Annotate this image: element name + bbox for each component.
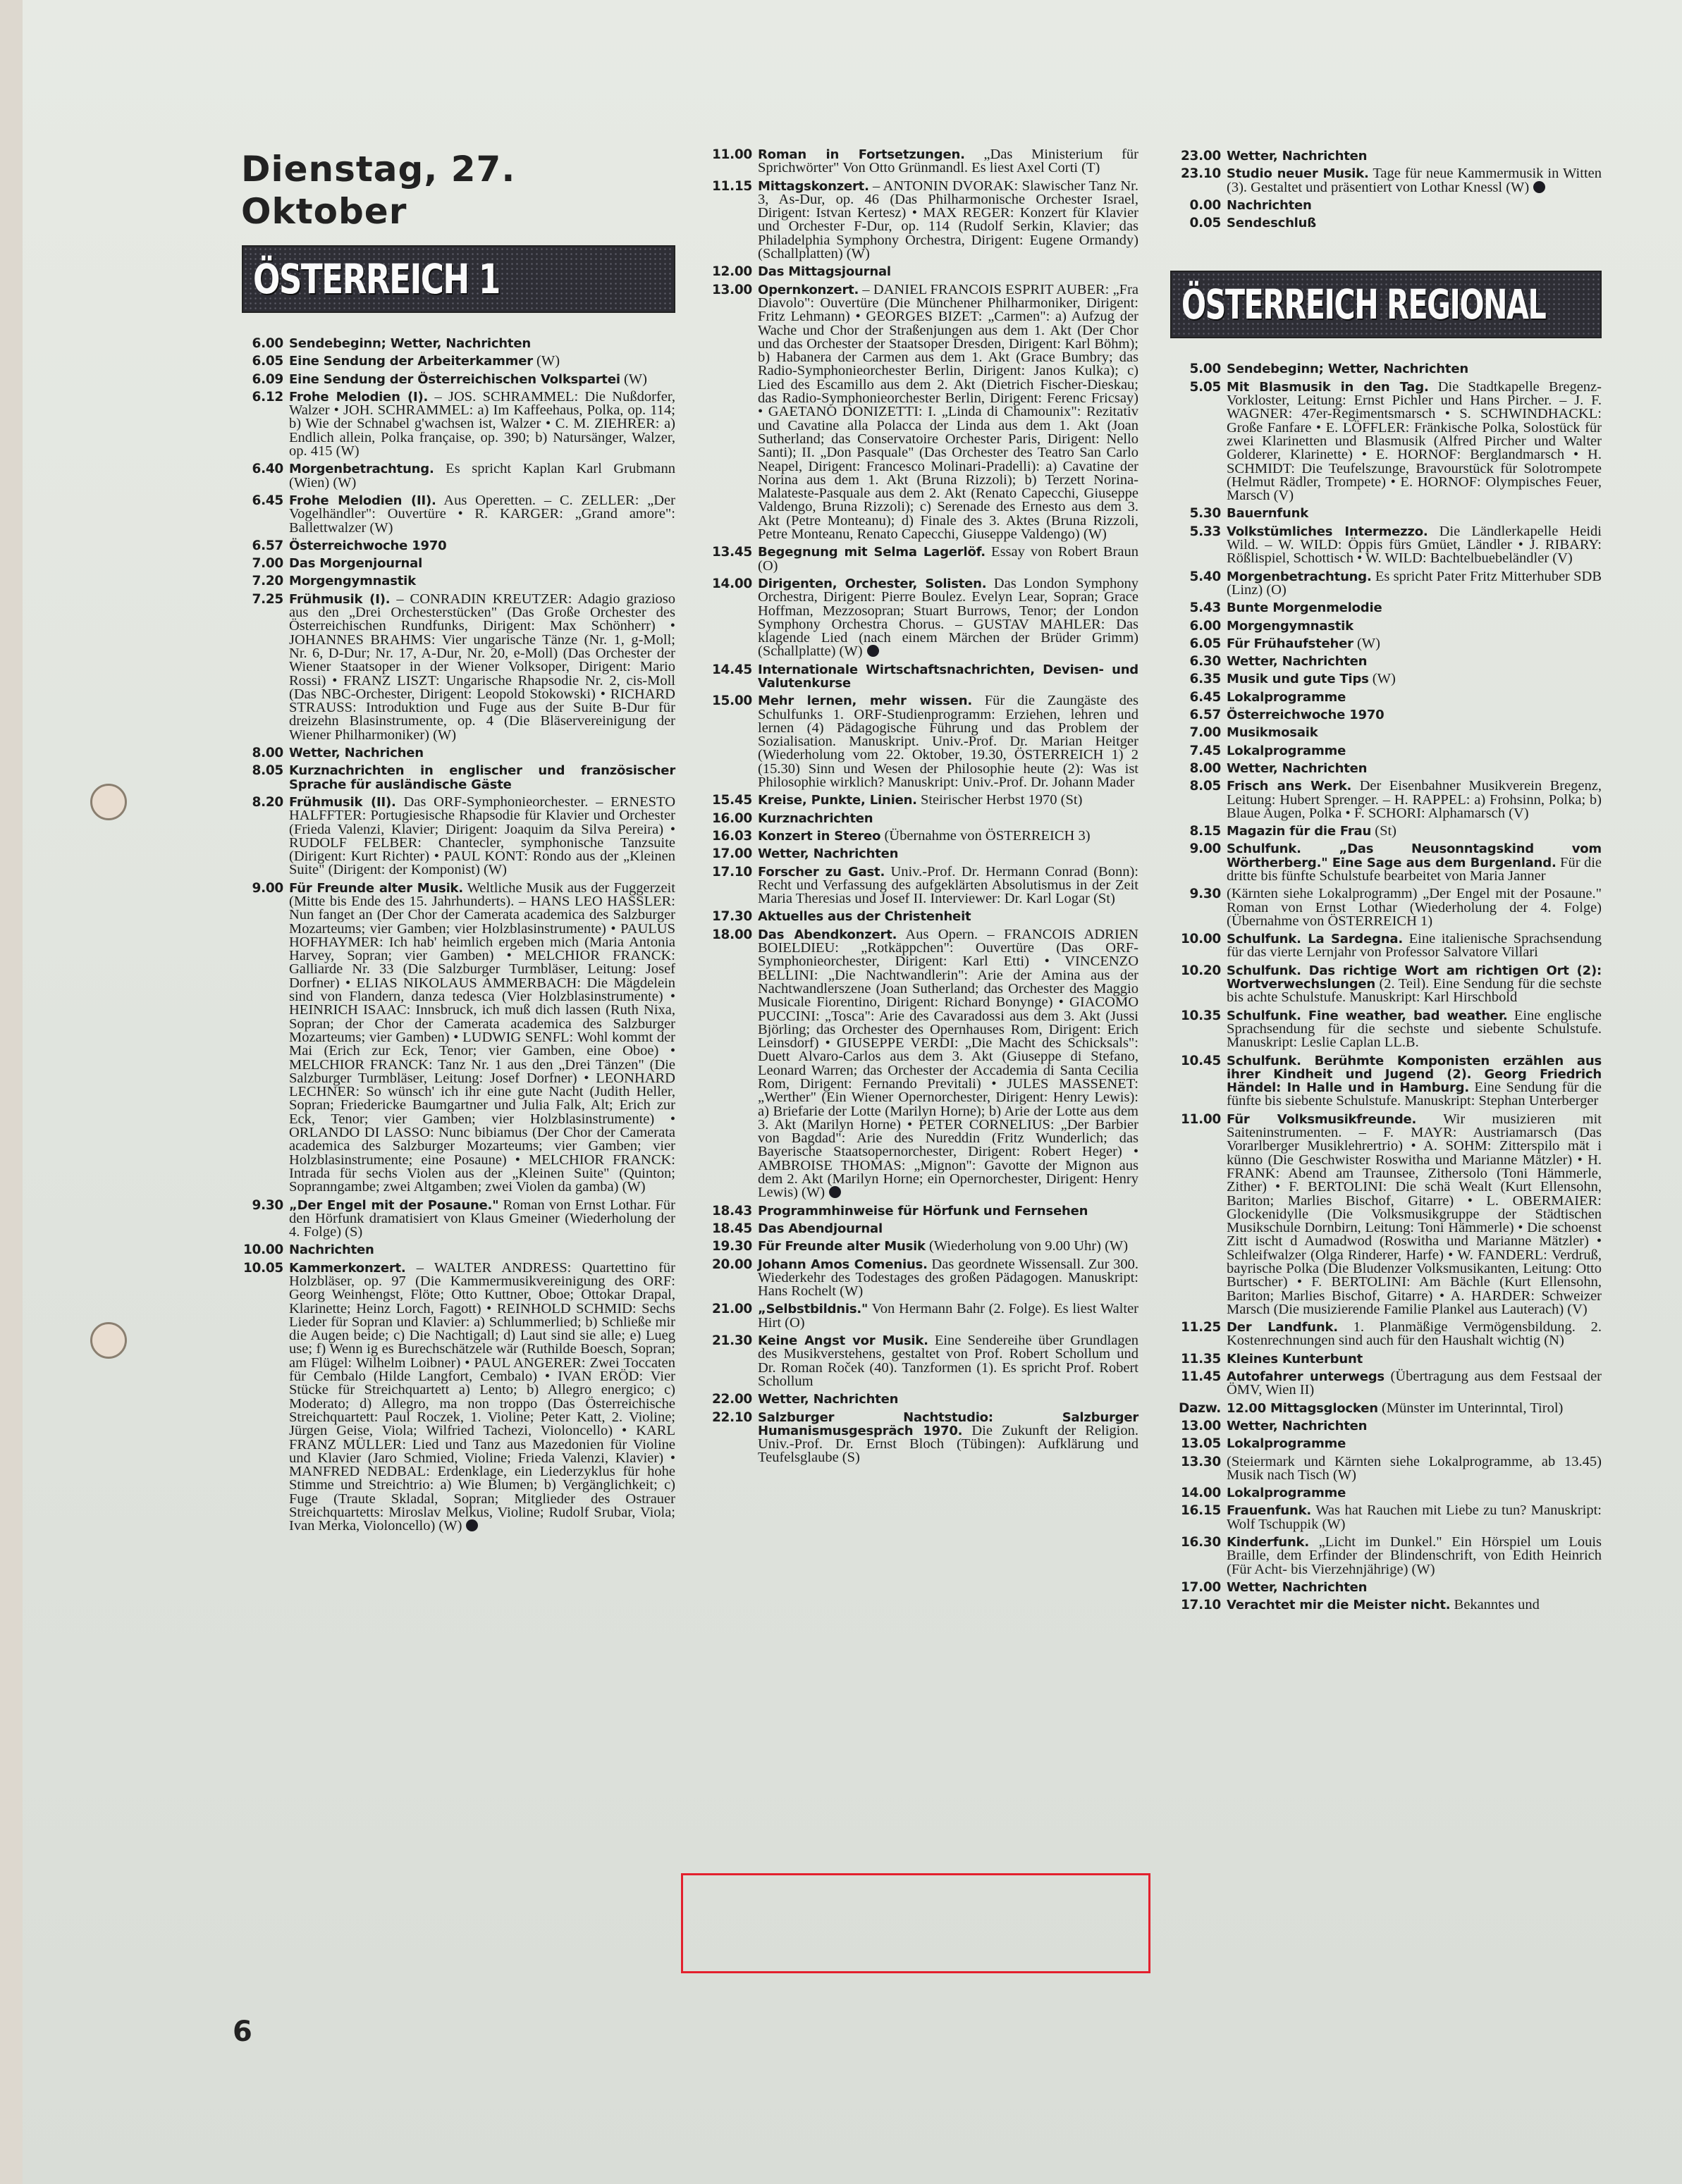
entry-time: 7.25 — [233, 593, 289, 742]
entry-time: 7.00 — [1170, 726, 1227, 739]
entry-time: 7.00 — [233, 557, 289, 570]
entry-time: 19.30 — [701, 1240, 758, 1253]
entry-description: Aktuelles aus der Christenheit — [758, 910, 1138, 923]
entry-title: Internationale Wirtschaftsnachrichten, D… — [758, 662, 1138, 691]
entry-title: Salzburger Nachtstudio: Salzburger Human… — [758, 1410, 1138, 1438]
entry-time: 14.00 — [1170, 1486, 1227, 1500]
entry-description: Kleines Kunterbunt — [1227, 1352, 1602, 1366]
entry-time: 5.33 — [1170, 525, 1227, 566]
schedule-entry: 8.15Magazin für die Frau (St) — [1170, 825, 1602, 838]
entry-title: Österreichwoche 1970 — [289, 538, 447, 553]
entry-description: Keine Angst vor Musik. Eine Sendereihe ü… — [758, 1334, 1138, 1388]
schedule-entry: 14.00Lokalprogramme — [1170, 1486, 1602, 1500]
entry-title: Roman in Fortsetzungen. — [758, 147, 965, 162]
entry-title: Frühmusik (I). — [289, 592, 390, 607]
schedule-list: 11.00Roman in Fortsetzungen. „Das Minist… — [701, 148, 1138, 1465]
entry-description: Johann Amos Comenius. Das geordnete Wiss… — [758, 1258, 1138, 1299]
schedule-entry: 6.30Wetter, Nachrichten — [1170, 655, 1602, 668]
entry-time: 13.05 — [1170, 1437, 1227, 1450]
entry-time: 6.09 — [233, 373, 289, 386]
schedule-entry: 17.10Verachtet mir die Meister nicht. Be… — [1170, 1598, 1602, 1612]
schedule-entry: 6.09Eine Sendung der Österreichischen Vo… — [233, 373, 675, 386]
entry-title: Schulfunk. Berühmte Komponisten erzählen… — [1227, 1054, 1602, 1096]
entry-time: 11.35 — [1170, 1352, 1227, 1366]
entry-title: Keine Angst vor Musik. — [758, 1333, 928, 1348]
punch-hole — [90, 784, 127, 820]
entry-description: Roman in Fortsetzungen. „Das Ministerium… — [758, 148, 1138, 175]
entry-title: Wetter, Nachrichten — [1227, 149, 1367, 164]
schedule-entry: 21.00„Selbstbildnis." Von Hermann Bahr (… — [701, 1302, 1138, 1330]
entry-time: 6.35 — [1170, 672, 1227, 686]
entry-description: Der Landfunk. 1. Planmäßige Vermögensbil… — [1227, 1321, 1602, 1348]
entry-description: Kurznachrichten — [758, 812, 1138, 825]
entry-title: Lokalprogramme — [1227, 1436, 1346, 1451]
entry-time: 6.05 — [233, 354, 289, 368]
entry-title: Mittagskonzert. — [758, 179, 869, 194]
entry-description: „Der Engel mit der Posaune." Roman von E… — [289, 1199, 675, 1240]
entry-description: Wetter, Nachrichten — [1227, 1419, 1602, 1433]
schedule-entry: Dazw.12.00 Mittagsglocken (Münster im Un… — [1170, 1402, 1602, 1415]
entry-title: Johann Amos Comenius. — [758, 1257, 928, 1272]
schedule-entry: 17.10Forscher zu Gast. Univ.-Prof. Dr. H… — [701, 865, 1138, 906]
entry-title: Lokalprogramme — [1227, 1486, 1346, 1500]
entry-time: 17.00 — [701, 847, 758, 860]
entry-description: Autofahrer unterwegs (Übertragung aus de… — [1227, 1370, 1602, 1398]
entry-title: Bunte Morgenmelodie — [1227, 600, 1382, 615]
schedule-entry: 12.00Das Mittagsjournal — [701, 265, 1138, 278]
entry-time: 17.30 — [701, 910, 758, 923]
entry-time: 9.00 — [233, 882, 289, 1195]
schedule-entry: 16.00Kurznachrichten — [701, 812, 1138, 825]
schedule-entry: 9.30(Kärnten siehe Lokalprogramm) „Der E… — [1170, 887, 1602, 928]
entry-title: Wetter, Nachrichen — [289, 746, 424, 760]
schedule-entry: 13.30(Steiermark und Kärnten siehe Lokal… — [1170, 1455, 1602, 1483]
entry-time: 18.43 — [701, 1204, 758, 1218]
entry-time: 18.45 — [701, 1222, 758, 1235]
station-title: ÖSTERREICH REGIONAL — [1181, 284, 1545, 325]
schedule-list: 5.00Sendebeginn; Wetter, Nachrichten5.05… — [1170, 362, 1602, 1612]
entry-time: 20.00 — [701, 1258, 758, 1299]
entry-description: Kurznachrichten in englischer und franzö… — [289, 764, 675, 791]
entry-title: Das Abendjournal — [758, 1221, 883, 1236]
entry-description: Das Abendkonzert. Aus Opern. – FRANCOIS … — [758, 928, 1138, 1200]
entry-time: 16.30 — [1170, 1536, 1227, 1577]
schedule-entry: 5.33Volkstümliches Intermezzo. Die Ländl… — [1170, 525, 1602, 566]
entry-time: 11.00 — [1170, 1113, 1227, 1316]
entry-title: Wetter, Nachrichten — [758, 1392, 898, 1407]
entry-description: Lokalprogramme — [1227, 691, 1602, 704]
schedule-entry: 14.45Internationale Wirtschaftsnachricht… — [701, 663, 1138, 691]
schedule-entry: 9.00Für Freunde alter Musik. Weltliche M… — [233, 882, 675, 1195]
entry-description: Bauernfunk — [1227, 507, 1602, 520]
entry-title: Schulfunk. Fine weather, bad weather. — [1227, 1008, 1508, 1023]
schedule-entry: 18.45Das Abendjournal — [701, 1222, 1138, 1235]
entry-description: Mehr lernen, mehr wissen. Für die Zaungä… — [758, 694, 1138, 789]
column-2: 11.00Roman in Fortsetzungen. „Das Minist… — [701, 148, 1138, 1469]
entry-time: 16.15 — [1170, 1504, 1227, 1531]
entry-time: 7.45 — [1170, 744, 1227, 758]
entry-description: Österreichwoche 1970 — [1227, 708, 1602, 722]
schedule-entry: 17.00Wetter, Nachrichten — [701, 847, 1138, 860]
entry-time: 13.00 — [1170, 1419, 1227, 1433]
entry-time: 15.00 — [701, 694, 758, 789]
entry-title: Lokalprogramme — [1227, 690, 1346, 705]
schedule-entry: 0.00Nachrichten — [1170, 199, 1602, 212]
schedule-entry: 22.00Wetter, Nachrichten — [701, 1393, 1138, 1406]
schedule-entry: 22.10Salzburger Nachtstudio: Salzburger … — [701, 1411, 1138, 1465]
schedule-entry: 23.00Wetter, Nachrichten — [1170, 149, 1602, 163]
entry-title: Wetter, Nachrichten — [1227, 761, 1367, 776]
schedule-entry: 13.00Wetter, Nachrichten — [1170, 1419, 1602, 1433]
entry-description: Für Freunde alter Musik (Wiederholung vo… — [758, 1240, 1138, 1253]
entry-description: Schulfunk. „Das Neusonntagskind vom Wört… — [1227, 842, 1602, 883]
schedule-entry: 7.00Das Morgenjournal — [233, 557, 675, 570]
entry-title: Schulfunk. Das richtige Wort am richtige… — [1227, 963, 1602, 992]
entry-description: Morgengymnastik — [1227, 619, 1602, 633]
entry-description: Wetter, Nachrichen — [289, 746, 675, 760]
entry-description: Wetter, Nachrichten — [1227, 149, 1602, 163]
entry-title: Der Landfunk. — [1227, 1320, 1338, 1335]
schedule-entry: 10.05Kammerkonzert. – WALTER ANDRESS: Qu… — [233, 1261, 675, 1534]
schedule-entry: 5.30Bauernfunk — [1170, 507, 1602, 520]
entry-description: Dirigenten, Orchester, Solisten. Das Lon… — [758, 577, 1138, 659]
entry-description: Wetter, Nachrichten — [1227, 655, 1602, 668]
entry-title: Wetter, Nachrichten — [1227, 654, 1367, 669]
entry-description: Das Mittagsjournal — [758, 265, 1138, 278]
schedule-entry: 16.15Frauenfunk. Was hat Rauchen mit Lie… — [1170, 1504, 1602, 1531]
entry-title: Volkstümliches Intermezzo. — [1227, 524, 1428, 539]
entry-title: Wetter, Nachrichten — [758, 846, 898, 861]
schedule-entry: 7.00Musikmosaik — [1170, 726, 1602, 739]
entry-title: Sendebeginn; Wetter, Nachrichten — [1227, 362, 1468, 376]
schedule-entry: 11.00Roman in Fortsetzungen. „Das Minist… — [701, 148, 1138, 175]
entry-time: 10.35 — [1170, 1009, 1227, 1050]
entry-description: Nachrichten — [1227, 199, 1602, 212]
entry-description: Konzert in Stereo (Übernahme von ÖSTERRE… — [758, 829, 1138, 843]
entry-title: Frisch ans Werk. — [1227, 779, 1351, 794]
entry-description: Morgenbetrachtung. Es spricht Pater Frit… — [1227, 570, 1602, 598]
entry-time: 10.00 — [1170, 932, 1227, 960]
entry-description: Magazin für die Frau (St) — [1227, 825, 1602, 838]
entry-time: 17.10 — [701, 865, 758, 906]
schedule-entry-highlighted: 21.30Keine Angst vor Musik. Eine Sendere… — [701, 1334, 1138, 1388]
schedule-entry: 9.30„Der Engel mit der Posaune." Roman v… — [233, 1199, 675, 1240]
entry-description: Lokalprogramme — [1227, 744, 1602, 758]
entry-description: Mittagskonzert. – ANTONIN DVORAK: Slawis… — [758, 180, 1138, 261]
entry-time: 9.30 — [233, 1199, 289, 1240]
entry-time: 13.45 — [701, 545, 758, 573]
entry-time: 14.00 — [701, 577, 758, 659]
stereo-icon — [466, 1519, 478, 1531]
entry-time: 16.03 — [701, 829, 758, 843]
entry-title: Autofahrer unterwegs — [1227, 1369, 1385, 1384]
schedule-entry: 6.05Eine Sendung der Arbeiterkammer (W) — [233, 354, 675, 368]
entry-time: 12.00 — [701, 265, 758, 278]
entry-time: 11.00 — [701, 148, 758, 175]
entry-description: Frisch ans Werk. Der Eisenbahner Musikve… — [1227, 779, 1602, 820]
entry-time: 21.30 — [701, 1334, 758, 1388]
entry-description: Das Abendjournal — [758, 1222, 1138, 1235]
punch-hole — [90, 1322, 127, 1359]
schedule-entry: 18.00Das Abendkonzert. Aus Opern. – FRAN… — [701, 928, 1138, 1200]
entry-title: „Selbstbildnis." — [758, 1302, 868, 1316]
schedule-entry: 5.00Sendebeginn; Wetter, Nachrichten — [1170, 362, 1602, 376]
entry-description: Für Freunde alter Musik. Weltliche Musik… — [289, 882, 675, 1195]
entry-description: Opernkonzert. – DANIEL FRANCOIS ESPRIT A… — [758, 283, 1138, 542]
entry-time: Dazw. — [1170, 1402, 1227, 1415]
entry-time: 8.00 — [1170, 762, 1227, 775]
schedule-entry: 11.25Der Landfunk. 1. Planmäßige Vermöge… — [1170, 1321, 1602, 1348]
entry-title: Kurznachrichten — [758, 811, 873, 826]
schedule-entry: 5.05Mit Blasmusik in den Tag. Die Stadtk… — [1170, 381, 1602, 503]
entry-title: Frohe Melodien (I). — [289, 390, 428, 405]
schedule-entry: 8.00Wetter, Nachrichten — [1170, 762, 1602, 775]
entry-title: Das Morgenjournal — [289, 556, 422, 571]
entry-title: Für Freunde alter Musik. — [289, 881, 463, 896]
entry-title: Musik und gute Tips — [1227, 672, 1369, 686]
entry-description: Mit Blasmusik in den Tag. Die Stadtkapel… — [1227, 381, 1602, 503]
schedule-entry: 6.45Lokalprogramme — [1170, 691, 1602, 704]
entry-description: Verachtet mir die Meister nicht. Bekannt… — [1227, 1598, 1602, 1612]
entry-time: 13.30 — [1170, 1455, 1227, 1483]
entry-time: 8.20 — [233, 796, 289, 877]
page-edge — [0, 0, 24, 2184]
schedule-entry: 8.00Wetter, Nachrichen — [233, 746, 675, 760]
entry-time: 6.57 — [1170, 708, 1227, 722]
schedule-entry: 16.30Kinderfunk. „Licht im Dunkel." Ein … — [1170, 1536, 1602, 1577]
entry-time: 7.20 — [233, 574, 289, 588]
entry-time: 11.45 — [1170, 1370, 1227, 1398]
entry-time: 10.45 — [1170, 1054, 1227, 1109]
entry-title: Verachtet mir die Meister nicht. — [1227, 1598, 1450, 1612]
entry-time: 6.00 — [1170, 619, 1227, 633]
page-number: 6 — [233, 2016, 252, 2048]
entry-description: Volkstümliches Intermezzo. Die Ländlerka… — [1227, 525, 1602, 566]
schedule-entry: 6.45Frohe Melodien (II). Aus Operetten. … — [233, 494, 675, 535]
schedule-entry: 20.00Johann Amos Comenius. Das geordnete… — [701, 1258, 1138, 1299]
schedule-entry: 9.00Schulfunk. „Das Neusonntagskind vom … — [1170, 842, 1602, 883]
entry-title: Österreichwoche 1970 — [1227, 708, 1385, 722]
entry-time: 6.40 — [233, 462, 289, 490]
entry-description: Musikmosaik — [1227, 726, 1602, 739]
entry-time: 11.25 — [1170, 1321, 1227, 1348]
entry-title: Begegnung mit Selma Lagerlöf. — [758, 545, 986, 560]
entry-description: Wetter, Nachrichten — [758, 1393, 1138, 1406]
entry-title: 12.00 Mittagsglocken — [1227, 1401, 1378, 1416]
stereo-icon — [829, 1186, 841, 1198]
entry-description: Eine Sendung der Arbeiterkammer (W) — [289, 354, 675, 368]
schedule-entry: 7.20Morgengymnastik — [233, 574, 675, 588]
entry-description: Frühmusik (I). – CONRADIN KREUTZER: Adag… — [289, 593, 675, 742]
entry-title: Opernkonzert. — [758, 283, 859, 297]
entry-title: Eine Sendung der Österreichischen Volksp… — [289, 372, 620, 387]
schedule-entry: 10.00Nachrichten — [233, 1243, 675, 1257]
entry-description: Für Frühaufsteher (W) — [1227, 637, 1602, 650]
schedule-entry: 16.03Konzert in Stereo (Übernahme von ÖS… — [701, 829, 1138, 843]
entry-title: Kreise, Punkte, Linien. — [758, 793, 917, 808]
entry-title: Wetter, Nachrichten — [1227, 1580, 1367, 1595]
entry-title: Kleines Kunterbunt — [1227, 1352, 1363, 1366]
stereo-icon — [867, 645, 879, 657]
entry-description: 12.00 Mittagsglocken (Münster im Unterin… — [1227, 1402, 1602, 1415]
entry-title: Kammerkonzert. — [289, 1261, 406, 1276]
entry-title: Sendeschluß — [1227, 216, 1316, 230]
entry-title: Das Abendkonzert. — [758, 927, 897, 942]
entry-time: 6.12 — [233, 390, 289, 458]
stereo-icon — [1533, 181, 1545, 193]
entry-description: Morgenbetrachtung. Es spricht Kaplan Kar… — [289, 462, 675, 490]
entry-time: 5.05 — [1170, 381, 1227, 503]
schedule-entry: 6.35Musik und gute Tips (W) — [1170, 672, 1602, 686]
schedule-entry: 7.45Lokalprogramme — [1170, 744, 1602, 758]
entry-title: Mehr lernen, mehr wissen. — [758, 693, 972, 708]
entry-title: Mit Blasmusik in den Tag. — [1227, 380, 1429, 395]
entry-description: Programmhinweise für Hörfunk und Fernseh… — [758, 1204, 1138, 1218]
entry-time: 6.45 — [1170, 691, 1227, 704]
entry-title: Dirigenten, Orchester, Solisten. — [758, 576, 986, 591]
entry-title: Wetter, Nachrichten — [1227, 1419, 1367, 1433]
schedule-entry: 18.43Programmhinweise für Hörfunk und Fe… — [701, 1204, 1138, 1218]
entry-description: Lokalprogramme — [1227, 1437, 1602, 1450]
schedule-entry: 10.35Schulfunk. Fine weather, bad weathe… — [1170, 1009, 1602, 1050]
entry-time: 6.30 — [1170, 655, 1227, 668]
entry-time: 6.45 — [233, 494, 289, 535]
entry-time: 23.10 — [1170, 167, 1227, 195]
schedule-entry: 10.45Schulfunk. Berühmte Komponisten erz… — [1170, 1054, 1602, 1109]
entry-description: Sendebeginn; Wetter, Nachrichten — [289, 337, 675, 350]
schedule-entry: 7.25Frühmusik (I). – CONRADIN KREUTZER: … — [233, 593, 675, 742]
entry-description: Wetter, Nachrichten — [1227, 762, 1602, 775]
schedule-entry: 15.45Kreise, Punkte, Linien. Steirischer… — [701, 794, 1138, 807]
entry-description: „Selbstbildnis." Von Hermann Bahr (2. Fo… — [758, 1302, 1138, 1330]
column-3: 23.00Wetter, Nachrichten23.10Studio neue… — [1170, 149, 1602, 1617]
entry-description: (Steiermark und Kärnten siehe Lokalprogr… — [1227, 1455, 1602, 1483]
schedule-list: 23.00Wetter, Nachrichten23.10Studio neue… — [1170, 149, 1602, 230]
schedule-entry: 11.35Kleines Kunterbunt — [1170, 1352, 1602, 1366]
entry-description: Wetter, Nachrichten — [758, 847, 1138, 860]
entry-description: Nachrichten — [289, 1243, 675, 1257]
schedule-entry: 13.05Lokalprogramme — [1170, 1437, 1602, 1450]
entry-description: Schulfunk. Berühmte Komponisten erzählen… — [1227, 1054, 1602, 1109]
entry-description: Frühmusik (II). Das ORF-Symphonieorchest… — [289, 796, 675, 877]
entry-title: Forscher zu Gast. — [758, 865, 885, 880]
schedule-entry: 11.00Für Volksmusikfreunde. Wir musizier… — [1170, 1113, 1602, 1316]
entry-time: 13.00 — [701, 283, 758, 542]
entry-title: Kinderfunk. — [1227, 1535, 1309, 1550]
schedule-entry: 8.05Kurznachrichten in englischer und fr… — [233, 764, 675, 791]
entry-time: 0.00 — [1170, 199, 1227, 212]
schedule-entry: 6.40Morgenbetrachtung. Es spricht Kaplan… — [233, 462, 675, 490]
station-title: ÖSTERREICH 1 — [253, 259, 500, 300]
schedule-entry: 17.30Aktuelles aus der Christenheit — [701, 910, 1138, 923]
entry-time: 8.05 — [233, 764, 289, 791]
entry-title: Für Freunde alter Musik — [758, 1239, 926, 1254]
entry-description: Wetter, Nachrichten — [1227, 1581, 1602, 1594]
entry-time: 5.43 — [1170, 601, 1227, 615]
entry-description: Schulfunk. Fine weather, bad weather. Ei… — [1227, 1009, 1602, 1050]
schedule-entry: 8.20Frühmusik (II). Das ORF-Symphonieorc… — [233, 796, 675, 877]
schedule-entry: 5.43Bunte Morgenmelodie — [1170, 601, 1602, 615]
entry-title: Sendebeginn; Wetter, Nachrichten — [289, 336, 531, 351]
entry-time: 0.05 — [1170, 216, 1227, 230]
entry-time: 17.00 — [1170, 1581, 1227, 1594]
schedule-entry: 13.45Begegnung mit Selma Lagerlöf. Essay… — [701, 545, 1138, 573]
entry-description: Schulfunk. La Sardegna. Eine italienisch… — [1227, 932, 1602, 960]
entry-title: Konzert in Stereo — [758, 829, 880, 844]
entry-time: 10.05 — [233, 1261, 289, 1534]
entry-time: 9.30 — [1170, 887, 1227, 928]
schedule-entry: 11.45Autofahrer unterwegs (Übertragung a… — [1170, 1370, 1602, 1398]
entry-description: Kammerkonzert. – WALTER ANDRESS: Quartet… — [289, 1261, 675, 1534]
entry-title: Frohe Melodien (II). — [289, 493, 436, 508]
entry-description: Sendeschluß — [1227, 216, 1602, 230]
entry-title: Das Mittagsjournal — [758, 264, 891, 279]
entry-time: 16.00 — [701, 812, 758, 825]
entry-time: 6.57 — [233, 539, 289, 553]
entry-description: Salzburger Nachtstudio: Salzburger Human… — [758, 1411, 1138, 1465]
entry-time: 8.15 — [1170, 825, 1227, 838]
entry-time: 9.00 — [1170, 842, 1227, 883]
entry-time: 10.20 — [1170, 964, 1227, 1005]
entry-time: 8.00 — [233, 746, 289, 760]
entry-time: 8.05 — [1170, 779, 1227, 820]
entry-description: Internationale Wirtschaftsnachrichten, D… — [758, 663, 1138, 691]
entry-description: Morgengymnastik — [289, 574, 675, 588]
entry-description: Bunte Morgenmelodie — [1227, 601, 1602, 615]
entry-time: 15.45 — [701, 794, 758, 807]
schedule-entry: 13.00Opernkonzert. – DANIEL FRANCOIS ESP… — [701, 283, 1138, 542]
entry-time: 5.40 — [1170, 570, 1227, 598]
entry-title: Eine Sendung der Arbeiterkammer — [289, 354, 533, 369]
schedule-list: 6.00Sendebeginn; Wetter, Nachrichten6.05… — [233, 337, 675, 1534]
entry-title: Für Frühaufsteher — [1227, 636, 1353, 651]
entry-title: Morgenbetrachtung. — [289, 462, 434, 476]
entry-description: Frohe Melodien (I). – JOS. SCHRAMMEL: Di… — [289, 390, 675, 458]
entry-description: Das Morgenjournal — [289, 557, 675, 570]
entry-title: Musikmosaik — [1227, 725, 1318, 740]
entry-description: Studio neuer Musik. Tage für neue Kammer… — [1227, 167, 1602, 195]
entry-title: Studio neuer Musik. — [1227, 166, 1369, 181]
entry-title: Frauenfunk. — [1227, 1503, 1311, 1518]
entry-description: (Kärnten siehe Lokalprogramm) „Der Engel… — [1227, 887, 1602, 928]
schedule-entry: 14.00Dirigenten, Orchester, Solisten. Da… — [701, 577, 1138, 659]
entry-time: 14.45 — [701, 663, 758, 691]
schedule-entry: 6.57Österreichwoche 1970 — [233, 539, 675, 553]
schedule-entry: 6.12Frohe Melodien (I). – JOS. SCHRAMMEL… — [233, 390, 675, 458]
entry-time: 6.05 — [1170, 637, 1227, 650]
entry-title: Frühmusik (II). — [289, 795, 396, 810]
entry-description: Frohe Melodien (II). Aus Operetten. – C.… — [289, 494, 675, 535]
entry-title: Lokalprogramme — [1227, 744, 1346, 758]
entry-time: 5.30 — [1170, 507, 1227, 520]
entry-title: Morgengymnastik — [289, 574, 416, 588]
schedule-entry: 0.05Sendeschluß — [1170, 216, 1602, 230]
entry-title: Schulfunk. „Das Neusonntagskind vom Wört… — [1227, 841, 1602, 870]
entry-time: 11.15 — [701, 180, 758, 261]
entry-time: 21.00 — [701, 1302, 758, 1330]
entry-time: 18.00 — [701, 928, 758, 1200]
entry-time: 17.10 — [1170, 1598, 1227, 1612]
entry-time: 6.00 — [233, 337, 289, 350]
schedule-entry: 10.00Schulfunk. La Sardegna. Eine italie… — [1170, 932, 1602, 960]
schedule-entry: 10.20Schulfunk. Das richtige Wort am ric… — [1170, 964, 1602, 1005]
entry-description: Kinderfunk. „Licht im Dunkel." Ein Hörsp… — [1227, 1536, 1602, 1577]
entry-title: Morgengymnastik — [1227, 619, 1353, 634]
schedule-entry: 6.00Morgengymnastik — [1170, 619, 1602, 633]
station-banner-oe1: ÖSTERREICH 1 — [242, 245, 675, 313]
column-1: Dienstag, 27. Oktober ÖSTERREICH 1 6.00S… — [233, 148, 675, 1538]
schedule-entry: 15.00Mehr lernen, mehr wissen. Für die Z… — [701, 694, 1138, 789]
